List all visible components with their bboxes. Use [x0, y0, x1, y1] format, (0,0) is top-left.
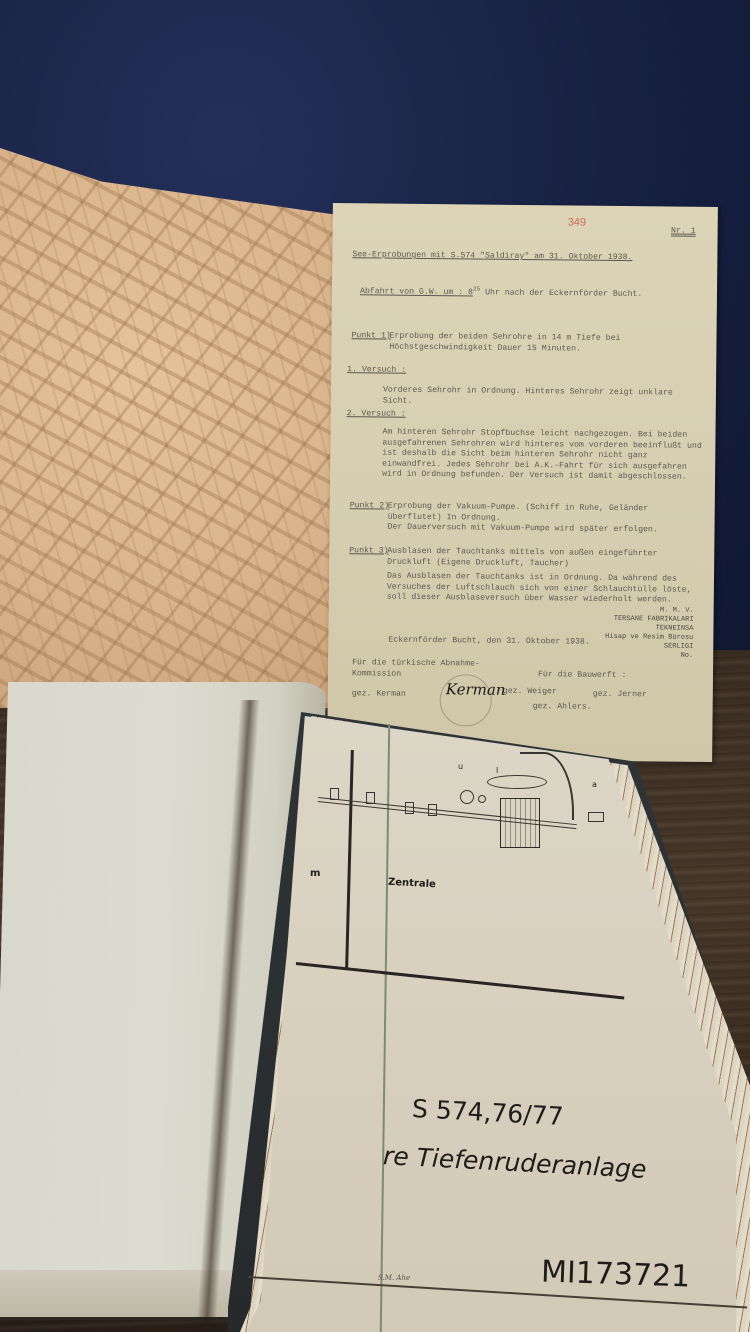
label-l: l	[496, 766, 498, 775]
versuch-2-text: Am hinteren Sehrohr Stopfbuchse leicht n…	[382, 428, 703, 484]
place-date: Eckernförder Bucht, den 31. Oktober 1938…	[388, 636, 590, 649]
shipyard-stamp: M. M. V. TERSANE FABRIKALARI TEKNEINSA H…	[573, 606, 694, 661]
signature-ahlers: gez. Ahlers.	[533, 702, 592, 713]
signature-kerman: gez. Kerman	[352, 689, 406, 700]
pencil-page-number: 349	[568, 217, 586, 228]
label-m: m	[310, 868, 320, 879]
valve-icon	[405, 802, 414, 814]
label-u: u	[458, 762, 463, 771]
sea-trial-report-page: 349 Nr. 1 See-Erprobungen mit S.574 "Sal…	[327, 203, 718, 762]
document-title: See-Erprobungen mit S.574 "Saldiray" am …	[352, 250, 632, 263]
signature-weiger: gez. Weiger	[503, 687, 557, 698]
handwritten-signature: Kerman	[446, 684, 506, 695]
document-number: Nr. 1	[671, 227, 696, 238]
departure-line: Abfahrt von G.W. um : 825 Uhr nach der E…	[360, 283, 642, 300]
handwheel-icon	[460, 790, 474, 804]
gear-icon	[478, 795, 486, 803]
valve-icon	[428, 804, 437, 816]
signature-jerner: gez. Jerner	[593, 690, 647, 701]
turkish-commission-heading: Für die türkische Abnahme-Kommission	[352, 658, 502, 681]
shipyard-heading: Für die Bauwerft :	[538, 670, 698, 682]
label-a: a	[592, 780, 597, 789]
versuch-2-label: 2. Versuch :	[347, 409, 406, 420]
valve-icon	[330, 788, 339, 800]
versuch-1-text: Vorderes Sehrohr in Ordnung. Hinteres Se…	[383, 386, 703, 410]
punkt-2: Punkt 2) Erprobung der Vakuum-Pumpe. (Sc…	[349, 501, 694, 536]
valve-icon	[588, 812, 604, 822]
pencil-initials: S.M. Ahe	[378, 1274, 410, 1282]
drawing-number: MI173721	[540, 1254, 690, 1294]
valve-icon	[366, 792, 375, 804]
marbled-book-cover	[0, 148, 340, 708]
punkt-1: Punkt 1) Erprobung der beiden Sehrohre i…	[351, 331, 696, 356]
versuch-1-label: 1. Versuch :	[347, 365, 406, 376]
punkt-3: Punkt 3) Ausblasen der Tauchtanks mittel…	[349, 546, 695, 606]
